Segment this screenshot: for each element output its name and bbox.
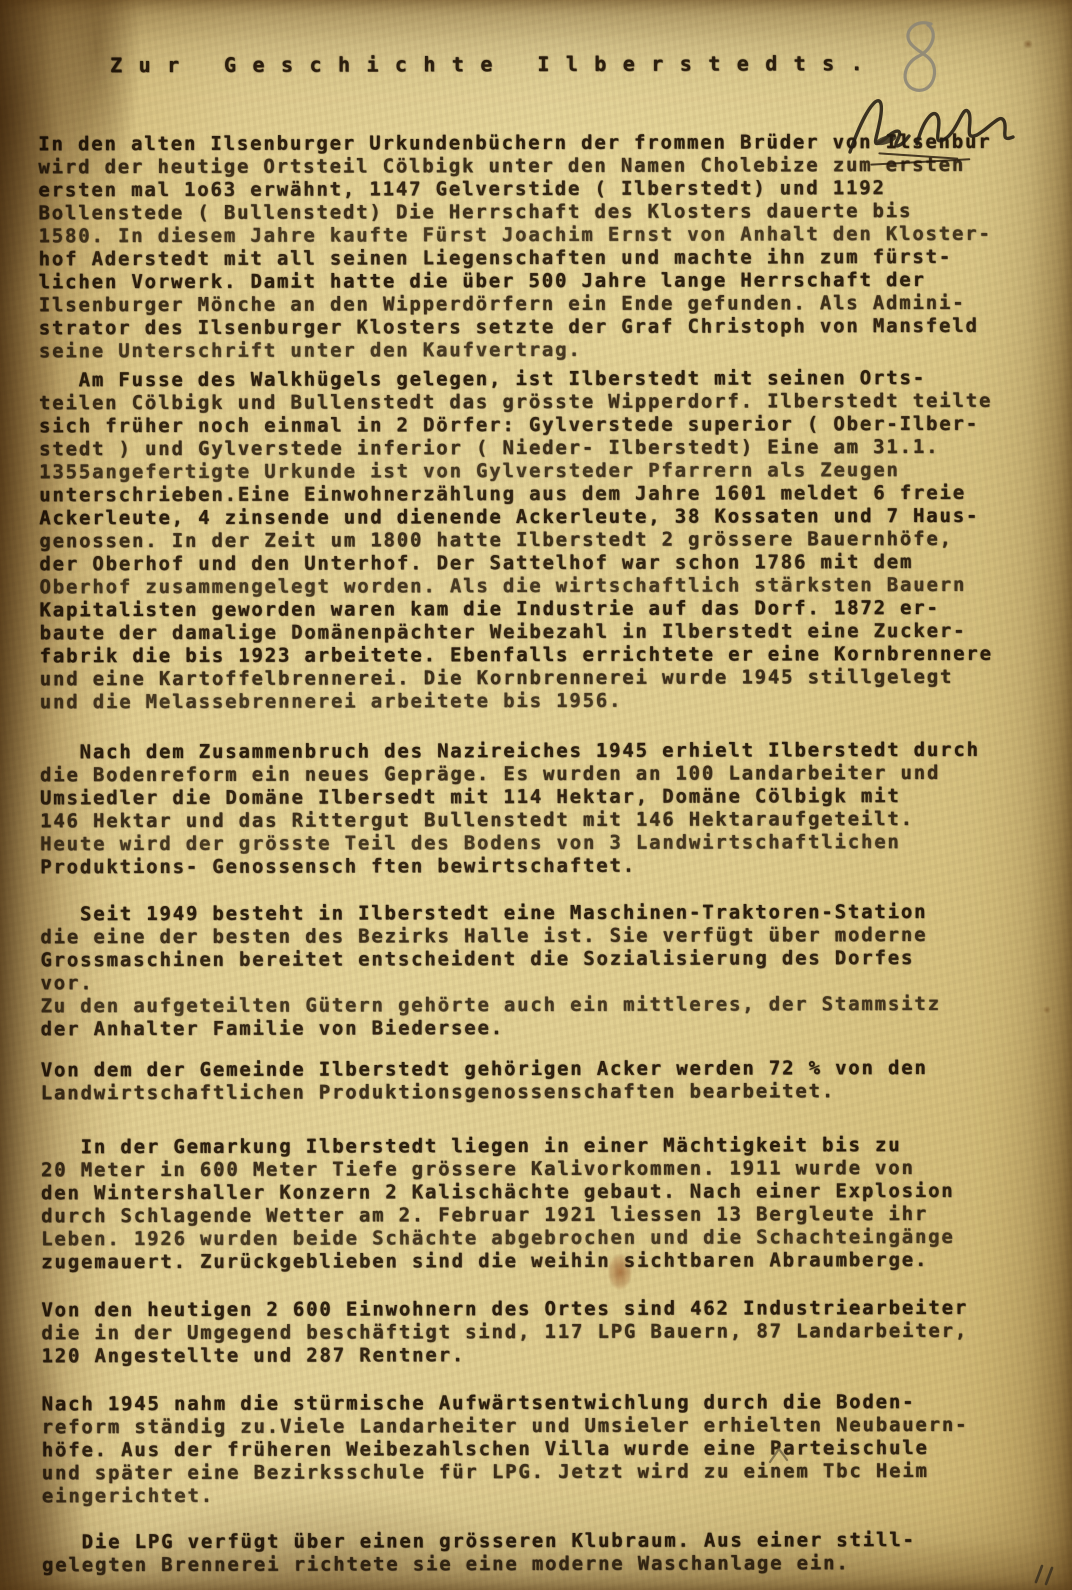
text-line: Oberhof zusammengelegt worden. Als die w… — [39, 574, 1061, 600]
text-line: Bollenstede ( Bullenstedt) Die Herrschaf… — [38, 200, 1060, 226]
document-body: In den alten Ilsenburger Urkundenbüchern… — [0, 0, 1070, 1]
text-line: stedt ) und Gylverstede inferior ( Niede… — [39, 436, 1061, 462]
paragraph-p1: In den alten Ilsenburger Urkundenbüchern… — [38, 131, 1061, 364]
paragraph-p2: Am Fusse des Walkhügels gelegen, ist Ilb… — [39, 367, 1062, 715]
text-line: Ilsenburger Mönche an den Wipperdörfern … — [39, 292, 1061, 318]
text-line: baute der damalige Domänenpächter Weibez… — [40, 620, 1062, 646]
text-line: die eine der besten des Bezirks Halle is… — [40, 924, 1062, 950]
paragraph-p8: Nach 1945 nahm die stürmische Aufwärtsen… — [42, 1391, 1064, 1509]
text-line: Grossmaschinen bereitet entscheident die… — [40, 947, 1062, 973]
text-line: höfe. Aus der früheren Weibezahlschen Vi… — [42, 1437, 1064, 1463]
text-line: die in der Umgegend beschäftigt sind, 11… — [41, 1320, 1063, 1346]
text-line: und später eine Bezirksschule für LPG. J… — [42, 1460, 1064, 1486]
text-line: eingerichtet. — [42, 1483, 1064, 1509]
text-line: hof Aderstedt mit all seinen Liegenschaf… — [39, 246, 1061, 272]
text-line: strator des Ilsenburger Klosters setzte … — [39, 315, 1061, 341]
paragraph-p7: Von den heutigen 2 600 Einwohnern des Or… — [41, 1297, 1063, 1369]
paragraph-p3: Nach dem Zusammenbruch des Nazireiches 1… — [40, 739, 1062, 880]
text-line: der Oberhof und den Unterhof. Der Sattel… — [39, 551, 1061, 577]
text-line: In der Gemarkung Ilberstedt liegen in ei… — [41, 1134, 1063, 1160]
text-line: zugemauert. Zurückgeblieben sind die wei… — [41, 1249, 1063, 1275]
text-line: Landwirtschaftlichen Produktionsgenossen… — [41, 1080, 1063, 1106]
text-line: Ackerleute, 4 zinsende und dienende Acke… — [39, 505, 1061, 531]
paragraph-p6: In der Gemarkung Ilberstedt liegen in ei… — [41, 1134, 1063, 1275]
text-line: Nach 1945 nahm die stürmische Aufwärtsen… — [42, 1391, 1064, 1417]
text-line: 1355angefertigte Urkunde ist von Gylvers… — [39, 459, 1061, 485]
text-line: und die Melassebrennerei arbeitete bis 1… — [40, 689, 1062, 715]
text-line: In den alten Ilsenburger Urkundenbüchern… — [38, 131, 1060, 157]
text-line: ersten mal 1o63 erwähnt, 1147 Gelverstid… — [38, 177, 1060, 203]
text-line: Kapitalisten geworden waren kam die Indu… — [39, 597, 1061, 623]
text-line: reform ständig zu.Viele Landarheiter und… — [42, 1414, 1064, 1440]
text-line: den Wintershaller Konzern 2 Kalischächte… — [41, 1180, 1063, 1206]
text-line: sich früher noch einmal in 2 Dörfer: Gyl… — [39, 413, 1061, 439]
text-line: die Bodenreform ein neues Gepräge. Es wu… — [40, 762, 1062, 788]
text-line: unterschrieben.Eine Einwohnerzählung aus… — [39, 482, 1061, 508]
text-line: Am Fusse des Walkhügels gelegen, ist Ilb… — [39, 367, 1061, 393]
text-line: wird der heutige Ortsteil Cölbigk unter … — [38, 154, 1060, 180]
text-line: 120 Angestellte und 287 Rentner. — [41, 1343, 1063, 1369]
text-line: teilen Cölbigk und Bullenstedt das gröss… — [39, 390, 1061, 416]
text-line: Umsiedler die Domäne Ilbersedt mit 114 H… — [40, 785, 1062, 811]
text-line: Produktions- Genossensch ften bewirtscha… — [40, 854, 1062, 880]
text-line: Die LPG verfügt über einen grösseren Klu… — [42, 1529, 1064, 1555]
text-line: der Anhalter Familie von Biedersee. — [41, 1016, 1063, 1042]
text-line: lichen Vorwerk. Damit hatte die über 500… — [39, 269, 1061, 295]
text-line: vor. — [40, 970, 1062, 996]
text-line: 1580. In diesem Jahre kaufte Fürst Joach… — [39, 223, 1061, 249]
text-line: seine Unterschrift unter den Kaufvertrag… — [39, 338, 1061, 364]
text-line: Leben. 1926 wurden beide Schächte abgebr… — [41, 1226, 1063, 1252]
text-line: und eine Kartoffelbrennerei. Die Kornbre… — [40, 666, 1062, 692]
text-line: Von dem der Gemeinde Ilberstedt gehörige… — [41, 1057, 1063, 1083]
text-line: Seit 1949 besteht in Ilberstedt eine Mas… — [40, 901, 1062, 927]
paragraph-p5: Von dem der Gemeinde Ilberstedt gehörige… — [41, 1057, 1063, 1106]
text-line: gelegten Brennerei richtete sie eine mod… — [42, 1552, 1064, 1578]
text-line: Nach dem Zusammenbruch des Nazireiches 1… — [40, 739, 1062, 765]
paragraph-p4: Seit 1949 besteht in Ilberstedt eine Mas… — [40, 901, 1062, 1042]
text-line: Von den heutigen 2 600 Einwohnern des Or… — [41, 1297, 1063, 1323]
text-line: 20 Meter in 600 Meter Tiefe grössere Kal… — [41, 1157, 1063, 1183]
paragraph-p9: Die LPG verfügt über einen grösseren Klu… — [42, 1529, 1064, 1578]
scanned-document-page: Z u r G e s c h i c h t e I l b e r s t … — [0, 0, 1072, 1590]
text-line: Zu den aufgeteilten Gütern gehörte auch … — [41, 993, 1063, 1019]
text-line: durch Schlagende Wetter am 2. Februar 19… — [41, 1203, 1063, 1229]
document-title: Z u r G e s c h i c h t e I l b e r s t … — [110, 51, 865, 77]
text-line: fabrik die bis 1923 arbeitete. Ebenfalls… — [40, 643, 1062, 669]
text-line: 146 Hektar und das Rittergut Bullenstedt… — [40, 808, 1062, 834]
typewritten-text-layer: Z u r G e s c h i c h t e I l b e r s t … — [0, 0, 1072, 1590]
text-line: Heute wird der grösste Teil des Bodens v… — [40, 831, 1062, 857]
text-line: genossen. In der Zeit um 1800 hatte Ilbe… — [39, 528, 1061, 554]
